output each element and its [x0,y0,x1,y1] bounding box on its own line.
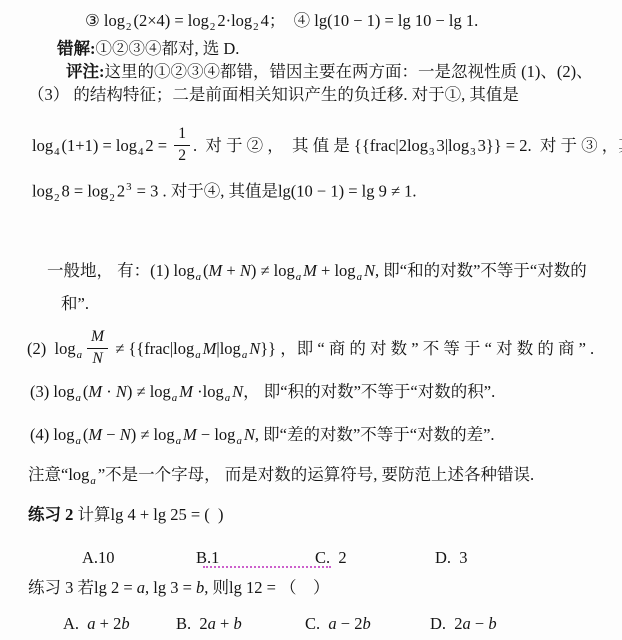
wrong-solution-text: ①②③④都对, 选 D. [96,39,240,58]
exercise-3-option-b: B. 2a + b [176,613,242,635]
comment-text-1: 这里的①②③④都错，错因主要在两方面：一是忽视性质 (1)、(2)、 [105,62,593,81]
note-line: 注意“loga”不是一个字母， 而是对数的运算符号, 要防范上述各种错误. [28,464,534,492]
wrong-solution-label: 错解: [57,39,96,58]
grammar-check-underline [203,566,331,568]
exercise-3-heading: 练习 3 若lg 2 = a, lg 3 = b, 则lg 12 = （ ） [28,577,330,599]
comment-line-2: （3） 的结构特征；二是前面相关知识产生的负迁移. 对于①, 其值是 [28,84,519,106]
general-rule-4: (4) loga(M − N) ≠ logaM − logaN, 即“差的对数”… [30,424,495,452]
exercise-3-label: 练习 3 [28,578,73,597]
general-rule-3: (3) loga(M · N) ≠ logaM ·logaN， 即“积的对数”不… [30,381,495,409]
exercise-2-options-row: A.10 B.1 C. 2 D. 3 [0,547,622,571]
general-rule-1-line-2: 和”. [61,293,89,315]
exercise-2-option-d: D. 3 [435,547,468,569]
exercise-3-option-d: D. 2a − b [430,613,497,635]
comment-label: 评注: [66,62,105,81]
exercise-2-option-a: A.10 [82,547,115,569]
value-formula-line-1: log4(1+1) = log42 = 12. 对 于 ② ， 其 值 是 {{… [32,127,622,168]
wrong-solution-line: 错解:①②③④都对, 选 D. [57,38,239,60]
exercise-3-option-c: C. a − 2b [305,613,371,635]
exercise-2-question: 计算lg 4 + lg 25 = ( ) [73,505,223,524]
exercise-2-heading: 练习 2 计算lg 4 + lg 25 = ( ) [28,504,224,526]
exercise-3-options-row: A. a + 2b B. 2a + b C. a − 2b D. 2a − b [0,613,622,637]
exercise-3-question: 若lg 2 = a, lg 3 = b, 则lg 12 = （ ） [73,578,329,597]
general-rule-1-line-1: 一般地， 有：(1) loga(M + N) ≠ logaM + logaN, … [47,260,587,288]
example-formulas-3-4: ③ log2(2×4) = log22·log24； ④ lg(10 − 1) … [85,10,478,38]
document-page: ③ log2(2×4) = log22·log24； ④ lg(10 − 1) … [0,0,622,640]
general-rule-2: (2) logaMN ≠ {{frac|logaM|logaN}} ，即 “ 商… [27,330,594,371]
value-formula-line-2: log28 = log223 = 3 . 对于④, 其值是lg(10 − 1) … [32,176,417,209]
comment-line-1: 评注:这里的①②③④都错，错因主要在两方面：一是忽视性质 (1)、(2)、 [66,61,593,83]
exercise-3-option-a: A. a + 2b [63,613,130,635]
exercise-2-label: 练习 2 [28,505,73,524]
